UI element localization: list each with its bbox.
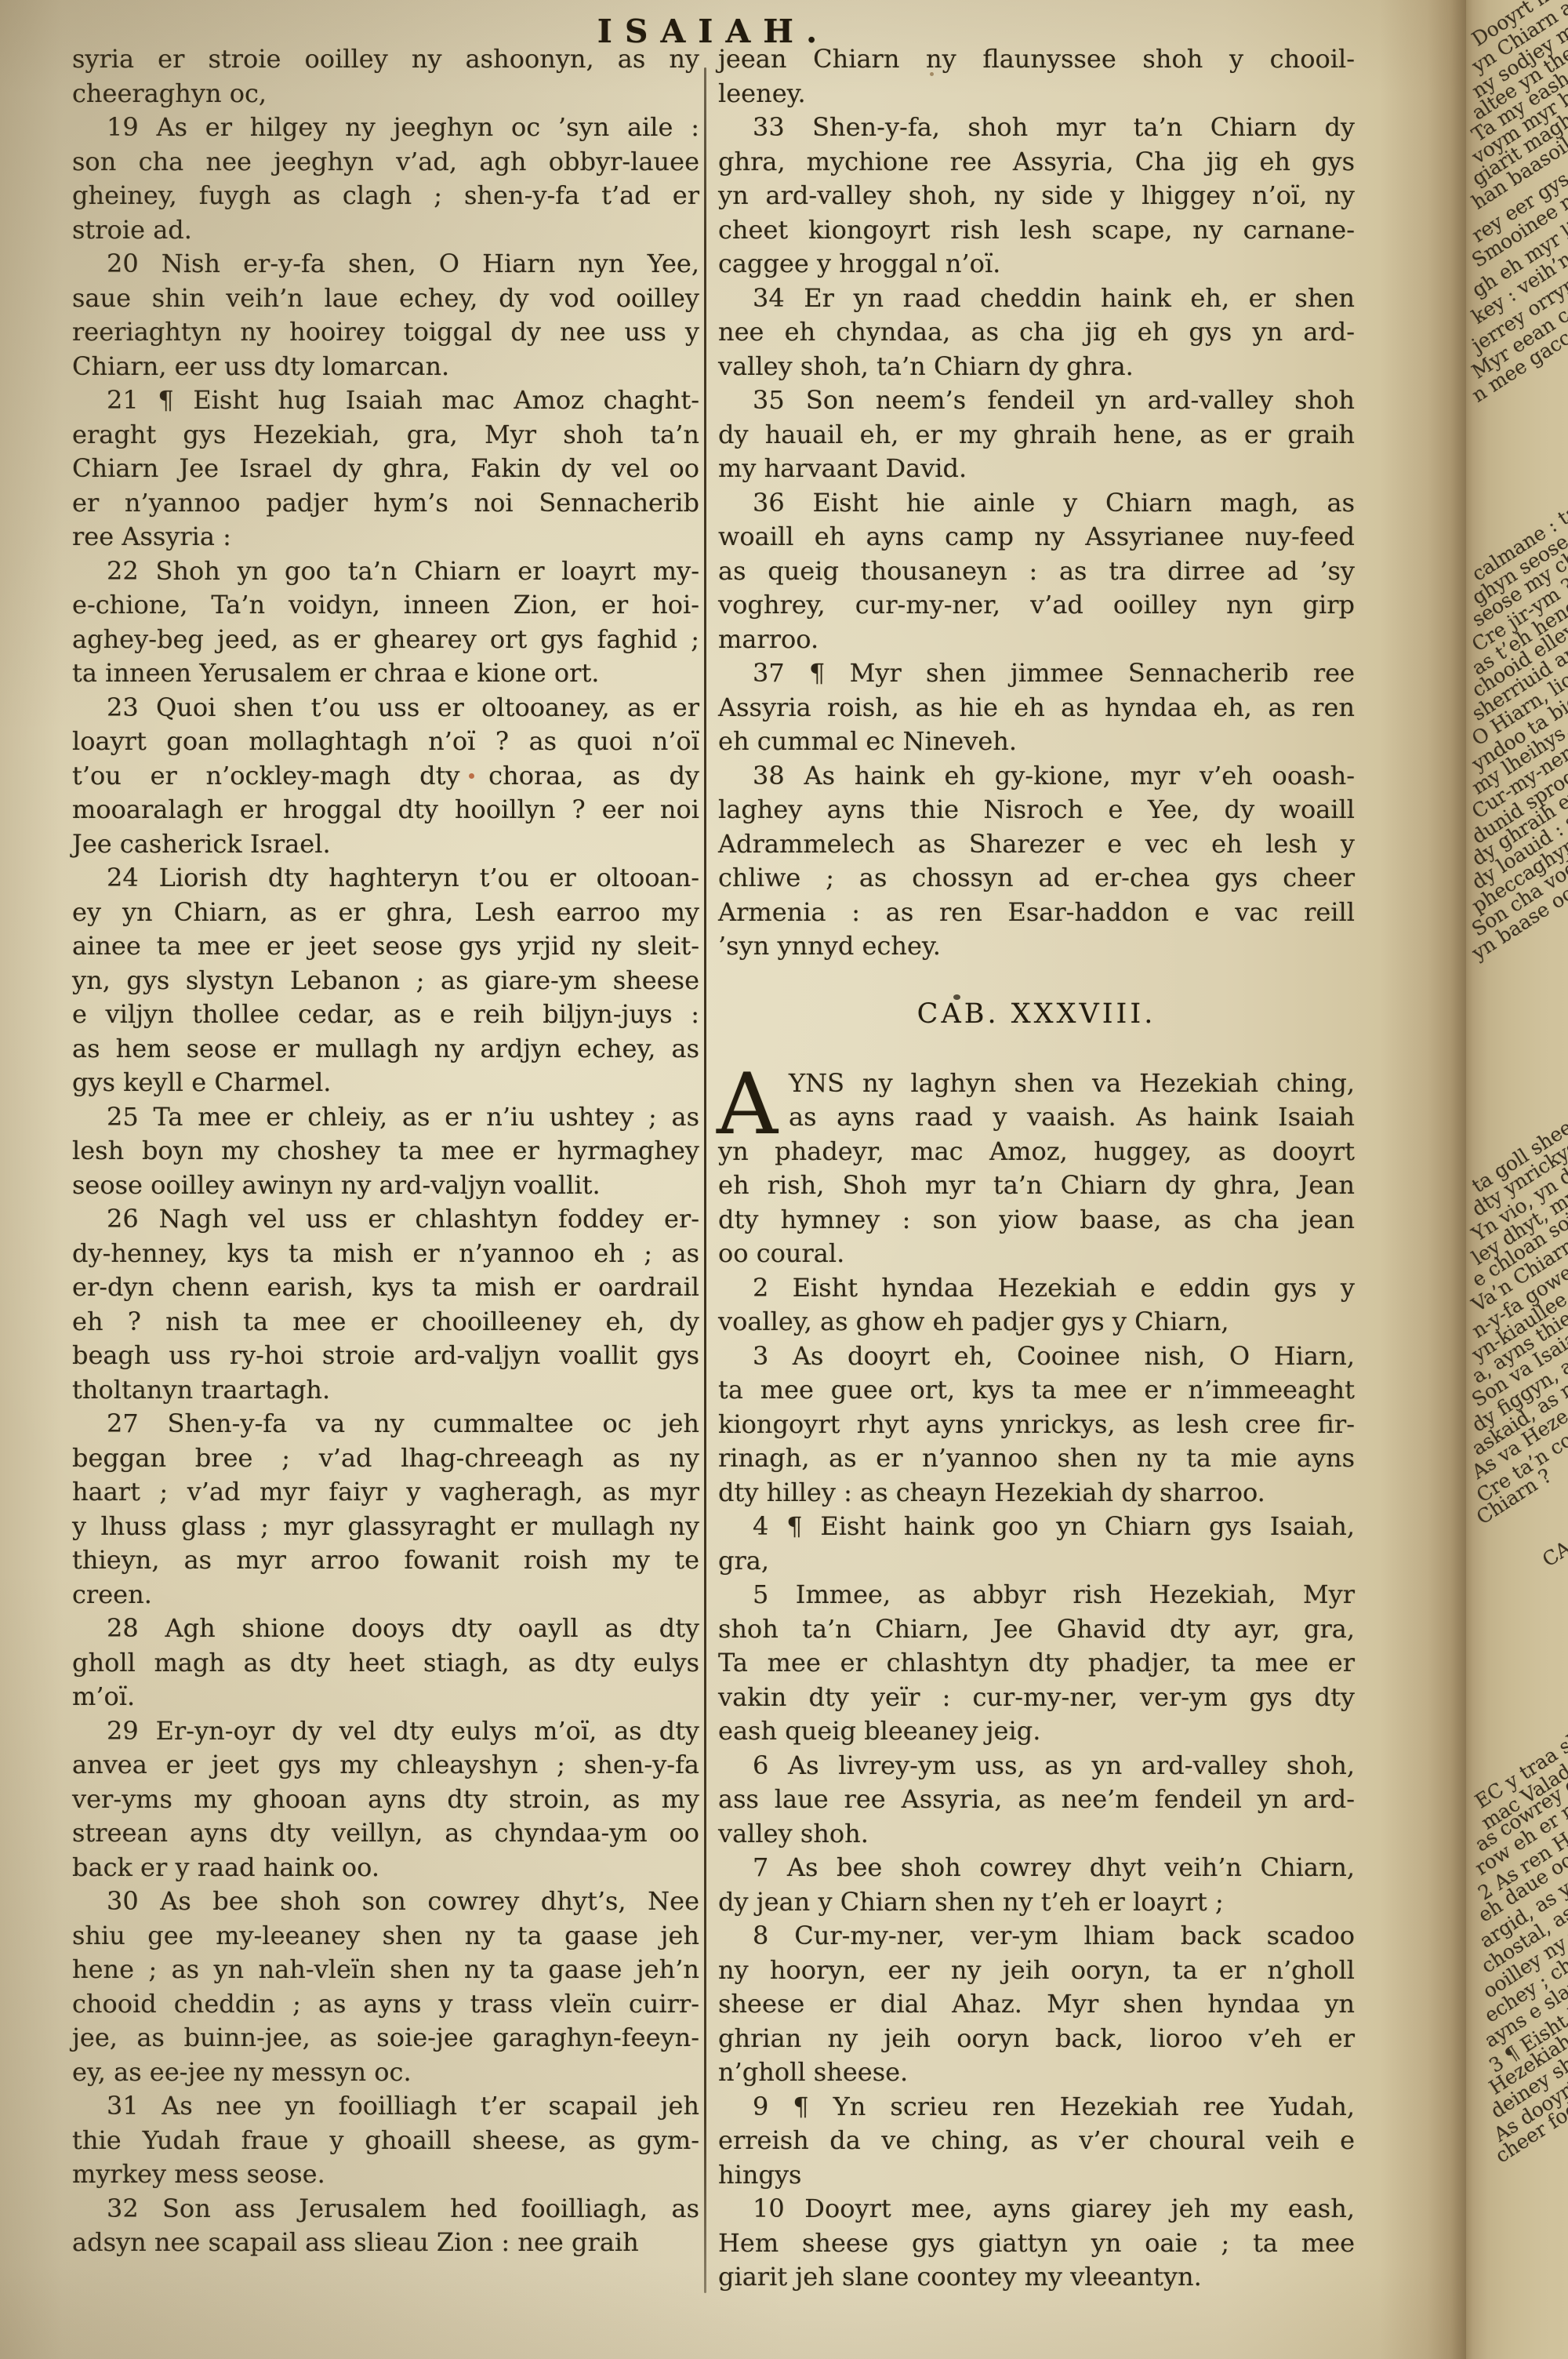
text-line: seose ooilley awinyn ny ard-valjyn voall… <box>72 1169 699 1203</box>
left-text-column: syria er stroie ooilley ny ashoonyn, as … <box>72 42 699 2260</box>
text-line: e viljyn thollee cedar, as e reih biljyn… <box>72 998 699 1032</box>
text-line: 30 As bee shoh son cowrey dhyt’s, Nee <box>72 1885 699 1919</box>
text-line: jeean Chiarn ny flaunyssee shoh y chooil… <box>718 42 1355 77</box>
text-line: leeney. <box>718 77 1355 111</box>
paper-speck <box>930 72 934 76</box>
text-line: cheet kiongoyrt rish lesh scape, ny carn… <box>718 213 1355 248</box>
text-line: beagh uss ry-hoi stroie ard-valjyn voall… <box>72 1339 699 1373</box>
text-line: 19 As er hilgey ny jeeghyn oc ’syn aile … <box>72 111 699 145</box>
text-line: my harvaant David. <box>718 452 1355 486</box>
text-line: dty hymney : son yiow baase, as cha jean <box>718 1203 1355 1238</box>
text-line: shiu gee my-leeaney shen ny ta gaase jeh <box>72 1919 699 1954</box>
text-line: caggee y hroggal n’oï. <box>718 247 1355 282</box>
text-line: 26 Nagh vel uss er chlashtyn foddey er- <box>72 1202 699 1237</box>
text-line: 22 Shoh yn goo ta’n Chiarn er loayrt my- <box>72 554 699 589</box>
text-line: mooaralagh er hroggal dty hooillyn ? eer… <box>72 793 699 827</box>
text-line: oo coural. <box>718 1237 1355 1271</box>
chapter-dropcap-letter: A <box>717 1070 778 1140</box>
chapter38-lines: YNS ny laghyn shen va Hezekiah ching,as … <box>718 1067 1355 2295</box>
text-line: er n’yannoo padjer hym’s noi Sennacherib <box>72 486 699 521</box>
text-line: 21 ¶ Eisht hug Isaiah mac Amoz chaght- <box>72 383 699 418</box>
text-line: 38 As haink eh gy-kione, myr v’eh ooash- <box>718 759 1355 794</box>
text-line: kiongoyrt rhyt ayns ynrickys, as lesh cr… <box>718 1408 1355 1442</box>
text-line: cheeraghyn oc, <box>72 77 699 111</box>
text-line: ’syn ynnyd echey. <box>718 929 1355 964</box>
text-line: gheiney, fuygh as clagh ; shen-y-fa t’ad… <box>72 179 699 213</box>
text-line: gholl magh as dty heet stiagh, as dty eu… <box>72 1646 699 1681</box>
text-line: valley shoh. <box>718 1817 1355 1852</box>
text-line: rinagh, as er n’yannoo shen ny ta mie ay… <box>718 1441 1355 1476</box>
text-line: gra, <box>718 1544 1355 1579</box>
text-line: nee eh chyndaa, as cha jig eh gys yn ard… <box>718 315 1355 350</box>
text-line: haart ; v’ad myr faiyr y vagheragh, as m… <box>72 1475 699 1510</box>
text-line: stroie ad. <box>72 213 699 248</box>
text-line: 24 Liorish dty haghteryn t’ou er oltooan… <box>72 861 699 896</box>
text-line: ver-yms my ghooan ayns dty stroin, as my <box>72 1783 699 1817</box>
text-line: ainee ta mee er jeet seose gys yrjid ny … <box>72 929 699 964</box>
text-line: 4 ¶ Eisht haink goo yn Chiarn gys Isaiah… <box>718 1510 1355 1544</box>
text-line: chliwe ; as chossyn ad er-chea gys cheer <box>718 861 1355 896</box>
text-line: tholtanyn traartagh. <box>72 1373 699 1408</box>
text-line: ta inneen Yerusalem er chraa e kione ort… <box>72 656 699 691</box>
text-line: lesh boyn my choshey ta mee er hyrmaghey <box>72 1134 699 1169</box>
text-line: dy hauail eh, er my ghraih hene, as er g… <box>718 418 1355 453</box>
text-line: e-chione, Ta’n voidyn, inneen Zion, er h… <box>72 588 699 623</box>
text-line: 2 Eisht hyndaa Hezekiah e eddin gys y <box>718 1271 1355 1306</box>
text-line: ta mee guee ort, kys ta mee er n’immeeag… <box>718 1373 1355 1408</box>
page-gutter-shadow <box>1380 0 1466 2359</box>
text-line: son cha nee jeeghyn v’ad, agh obbyr-laue… <box>72 145 699 180</box>
text-line: 29 Er-yn-oyr dy vel dty eulys m’oï, as d… <box>72 1714 699 1749</box>
text-line: yn, gys slystyn Lebanon ; as giare-ym sh… <box>72 964 699 998</box>
text-line: yn phadeyr, mac Amoz, huggey, as dooyrt <box>718 1135 1355 1169</box>
text-line: dy-henney, kys ta mish er n’yannoo eh ; … <box>72 1237 699 1271</box>
text-line: Chiarn, eer uss dty lomarcan. <box>72 350 699 384</box>
text-line: gys keyll e Charmel. <box>72 1066 699 1100</box>
chapter-heading: CAB. XXXVIII. <box>718 964 1355 1067</box>
text-line: 3 As dooyrt eh, Cooinee nish, O Hiarn, <box>718 1339 1355 1374</box>
text-line: back er y raad haink oo. <box>72 1851 699 1885</box>
text-line: adsyn nee scapail ass slieau Zion : nee … <box>72 2226 699 2260</box>
paper-speck <box>469 773 474 779</box>
text-line: ghra, mychione ree Assyria, Cha jig eh g… <box>718 145 1355 180</box>
text-line: 10 Dooyrt mee, ayns giarey jeh my eash, <box>718 2192 1355 2226</box>
text-line: Assyria roish, as hie eh as hyndaa eh, a… <box>718 691 1355 725</box>
chapter38-verses: A YNS ny laghyn shen va Hezekiah ching,a… <box>718 1067 1355 2295</box>
text-line: 31 As nee yn fooilliagh t’er scapail jeh <box>72 2089 699 2124</box>
text-line: ghrian ny jeih ooryn back, lioroo v’eh e… <box>718 2022 1355 2056</box>
text-line: 32 Son ass Jerusalem hed fooilliagh, as <box>72 2192 699 2226</box>
text-line: hingys <box>718 2158 1355 2193</box>
chapter37-verses: jeean Chiarn ny flaunyssee shoh y chooil… <box>718 42 1355 964</box>
text-line: 7 As bee shoh cowrey dhyt veih’n Chiarn, <box>718 1851 1355 1885</box>
text-line: Armenia : as ren Esar-haddon e vac reill <box>718 896 1355 930</box>
text-line: thieyn, as myr arroo fowanit roish my te <box>72 1543 699 1578</box>
text-line: chooid cheddin ; as ayns y trass vleïn c… <box>72 1987 699 2022</box>
text-line: 36 Eisht hie ainle y Chiarn magh, as <box>718 486 1355 521</box>
text-line: aghey-beg jeed, as er ghearey ort gys fa… <box>72 623 699 657</box>
text-line: creen. <box>72 1578 699 1612</box>
text-line: marroo. <box>718 623 1355 657</box>
text-line: 5 Immee, as abbyr rish Hezekiah, Myr <box>718 1578 1355 1612</box>
text-line: m’oï. <box>72 1680 699 1714</box>
text-line: beggan bree ; v’ad lhag-chreeagh as ny <box>72 1441 699 1476</box>
text-line: anvea er jeet gys my chleayshyn ; shen-y… <box>72 1748 699 1783</box>
text-line: sheese er dial Ahaz. Myr shen hyndaa yn <box>718 1987 1355 2022</box>
text-line: n’gholl sheese. <box>718 2055 1355 2090</box>
text-line: as queig thousaneyn : as tra dirree ad ’… <box>718 554 1355 589</box>
text-line: dy jean y Chiarn shen ny t’eh er loayrt … <box>718 1885 1355 1920</box>
text-line: vakin dty yeïr : cur-my-ner, ver-ym gys … <box>718 1681 1355 1715</box>
text-line: Ta mee er chlashtyn dty phadjer, ta mee … <box>718 1646 1355 1681</box>
text-line: yn ard-valley shoh, ny side y lhiggey n’… <box>718 179 1355 213</box>
text-line: ey, as ee-jee ny messyn oc. <box>72 2055 699 2090</box>
text-line: 23 Quoi shen t’ou uss er oltooaney, as e… <box>72 691 699 725</box>
book-page-scan: ISAIAH. syria er stroie ooilley ny ashoo… <box>0 0 1568 2359</box>
text-line: erreish da ve ching, as v’er choural vei… <box>718 2124 1355 2158</box>
text-line: 25 Ta mee er chleiy, as er n’iu ushtey ;… <box>72 1100 699 1135</box>
text-line: ass laue ree Assyria, as nee’m fendeil y… <box>718 1783 1355 1817</box>
text-line: loayrt goan mollaghtagh n’oï ? as quoi n… <box>72 725 699 759</box>
text-line: Hem sheese gys giattyn yn oaie ; ta mee <box>718 2226 1355 2261</box>
text-line: eh rish, Shoh myr ta’n Chiarn dy ghra, J… <box>718 1169 1355 1203</box>
text-line: voalley, as ghow eh padjer gys y Chiarn, <box>718 1305 1355 1339</box>
text-line: 34 Er yn raad cheddin haink eh, er shen <box>718 282 1355 316</box>
text-line: as hem seose er mullagh ny ardjyn echey,… <box>72 1032 699 1067</box>
text-line: YNS ny laghyn shen va Hezekiah ching, <box>718 1067 1355 1101</box>
text-line: ree Assyria : <box>72 520 699 554</box>
text-line: saue shin veih’n laue echey, dy vod ooil… <box>72 282 699 316</box>
text-line: woaill eh ayns camp ny Assyrianee nuy-fe… <box>718 520 1355 554</box>
text-line: ny hooryn, eer ny jeih ooryn, ta er n’gh… <box>718 1954 1355 1988</box>
text-line: streean ayns dty veillyn, as chyndaa-ym … <box>72 1816 699 1851</box>
text-line: eash queig bleeaney jeig. <box>718 1714 1355 1749</box>
text-line: eh ? nish ta mee er chooilleeney eh, dy <box>72 1305 699 1339</box>
text-line: ey yn Chiarn, as er ghra, Lesh earroo my <box>72 896 699 930</box>
text-line: 8 Cur-my-ner, ver-ym lhiam back scadoo <box>718 1919 1355 1954</box>
text-line: 37 ¶ Myr shen jimmee Sennacherib ree <box>718 656 1355 691</box>
right-text-column: jeean Chiarn ny flaunyssee shoh y chooil… <box>718 42 1355 2295</box>
adjacent-page-edge: Dooyrt mee, Cyn Chiarn aynsny sodjey my-… <box>1466 0 1568 2359</box>
text-line: shoh ta’n Chiarn, Jee Ghavid dty ayr, gr… <box>718 1612 1355 1647</box>
text-line: thie Yudah fraue y ghoaill sheese, as gy… <box>72 2124 699 2158</box>
text-line: 27 Shen-y-fa va ny cummaltee oc jeh <box>72 1407 699 1441</box>
text-line: as ayns raad y vaaish. As haink Isaiah <box>718 1100 1355 1135</box>
text-line: 35 Son neem’s fendeil yn ard-valley shoh <box>718 383 1355 418</box>
text-line: 9 ¶ Yn scrieu ren Hezekiah ree Yudah, <box>718 2090 1355 2125</box>
text-line: hene ; as yn nah-vleïn shen ny ta gaase … <box>72 1953 699 1987</box>
text-line: t’ou er n’ockley-magh dty choraa, as dy <box>72 759 699 794</box>
text-line: dty hilley : as cheayn Hezekiah dy sharr… <box>718 1476 1355 1510</box>
adjacent-page-text-fragment: CA <box>1538 1536 1568 1572</box>
text-line: jee, as buinn-jee, as soie-jee garaghyn-… <box>72 2021 699 2055</box>
text-line: Chiarn Jee Israel dy ghra, Fakin dy vel … <box>72 452 699 486</box>
text-line: y lhuss glass ; myr glassyraght er mulla… <box>72 1510 699 1544</box>
text-line: 6 As livrey-ym uss, as yn ard-valley sho… <box>718 1749 1355 1783</box>
text-line: 28 Agh shione dooys dty oayll as dty <box>72 1612 699 1646</box>
text-line: eraght gys Hezekiah, gra, Myr shoh ta’n <box>72 418 699 453</box>
text-line: 20 Nish er-y-fa shen, O Hiarn nyn Yee, <box>72 247 699 282</box>
text-line: voghrey, cur-my-ner, v’ad ooilley nyn gi… <box>718 588 1355 623</box>
text-line: valley shoh, ta’n Chiarn dy ghra. <box>718 350 1355 384</box>
text-line: Adrammelech as Sharezer e vec eh lesh y <box>718 827 1355 862</box>
text-line: eh cummal ec Nineveh. <box>718 725 1355 759</box>
text-line: 33 Shen-y-fa, shoh myr ta’n Chiarn dy <box>718 111 1355 145</box>
text-line: syria er stroie ooilley ny ashoonyn, as … <box>72 42 699 77</box>
text-line: laghey ayns thie Nisroch e Yee, dy woail… <box>718 793 1355 827</box>
text-line: giarit jeh slane coontey my vleeantyn. <box>718 2260 1355 2295</box>
text-line: er-dyn chenn earish, kys ta mish er oard… <box>72 1270 699 1305</box>
text-line: reeriaghtyn ny hooirey toiggal dy nee us… <box>72 315 699 350</box>
ink-blot <box>953 994 960 1000</box>
text-line: Jee casherick Israel. <box>72 827 699 862</box>
text-line: myrkey mess seose. <box>72 2157 699 2192</box>
column-divider-rule <box>704 67 706 2293</box>
